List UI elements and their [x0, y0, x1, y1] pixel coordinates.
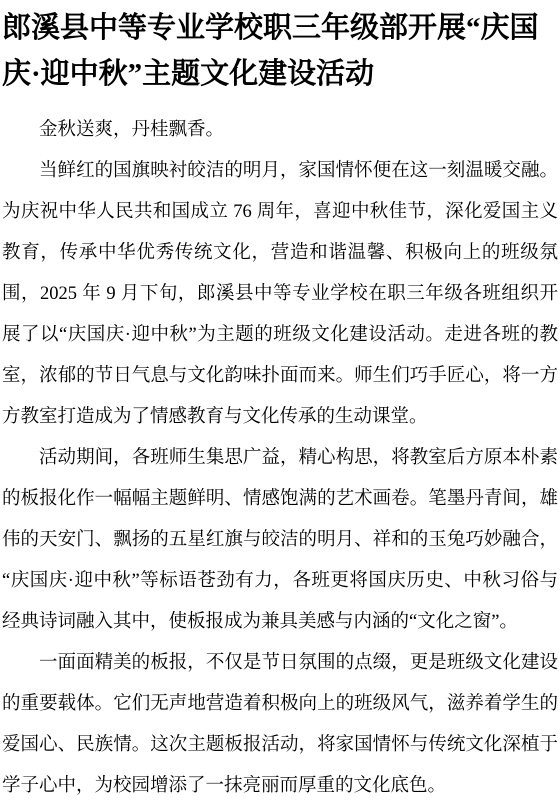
document-body: 金秋送爽，丹桂飘香。 当鲜红的国旗映衬皎洁的明月，家国情怀便在这一刻温暖交融。为… [2, 110, 558, 807]
paragraph-3: 活动期间，各班师生集思广益，精心构思，将教室后方原本朴素的板报化作一幅幅主题鲜明… [2, 438, 558, 643]
paragraph-4: 一面面精美的板报，不仅是节日氛围的点缀，更是班级文化建设的重要载体。它们无声地营… [2, 643, 558, 807]
document-page: 郎溪县中等专业学校职三年级部开展“庆国庆·迎中秋”主题文化建设活动 金秋送爽，丹… [0, 0, 560, 810]
document-title: 郎溪县中等专业学校职三年级部开展“庆国庆·迎中秋”主题文化建设活动 [2, 5, 558, 97]
paragraph-1: 金秋送爽，丹桂飘香。 [2, 110, 558, 151]
paragraph-2: 当鲜红的国旗映衬皎洁的明月，家国情怀便在这一刻温暖交融。为庆祝中华人民共和国成立… [2, 151, 558, 438]
